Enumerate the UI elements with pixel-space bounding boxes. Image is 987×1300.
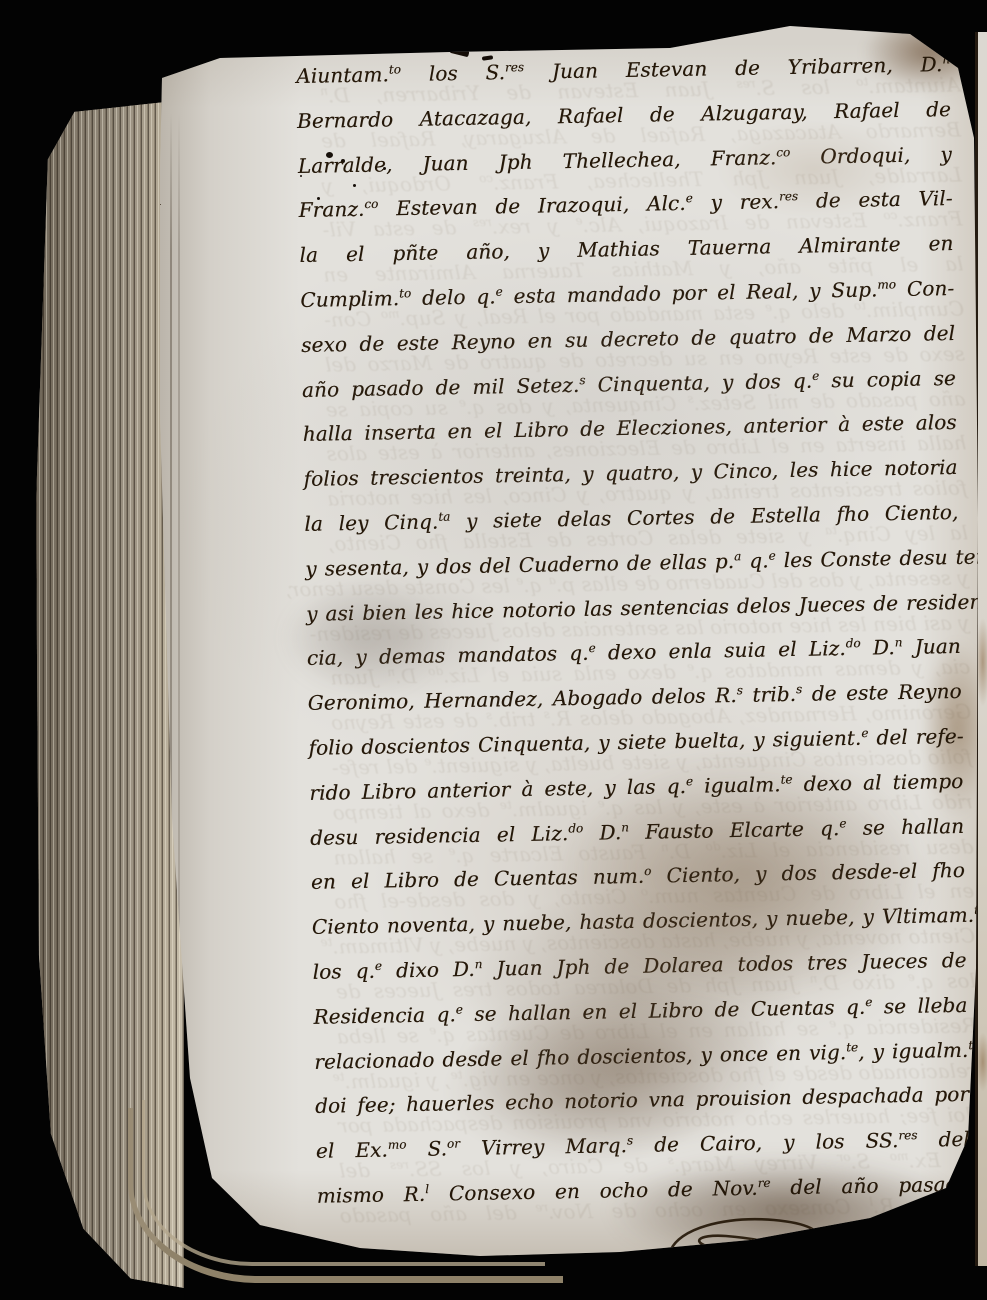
paraph-flourish xyxy=(656,1210,856,1280)
stain xyxy=(978,617,987,707)
manuscript-page: éAy Aiuntam.to los S.res Juan Estevan de… xyxy=(150,18,980,1280)
manuscript-photo: éAy Aiuntam.to los S.res Juan Estevan de… xyxy=(0,0,987,1300)
stain xyxy=(978,1032,987,1092)
ink-speck xyxy=(450,47,470,57)
manuscript-text: Aiuntam.to los S.res Juan Estevan de Yri… xyxy=(296,52,971,1229)
